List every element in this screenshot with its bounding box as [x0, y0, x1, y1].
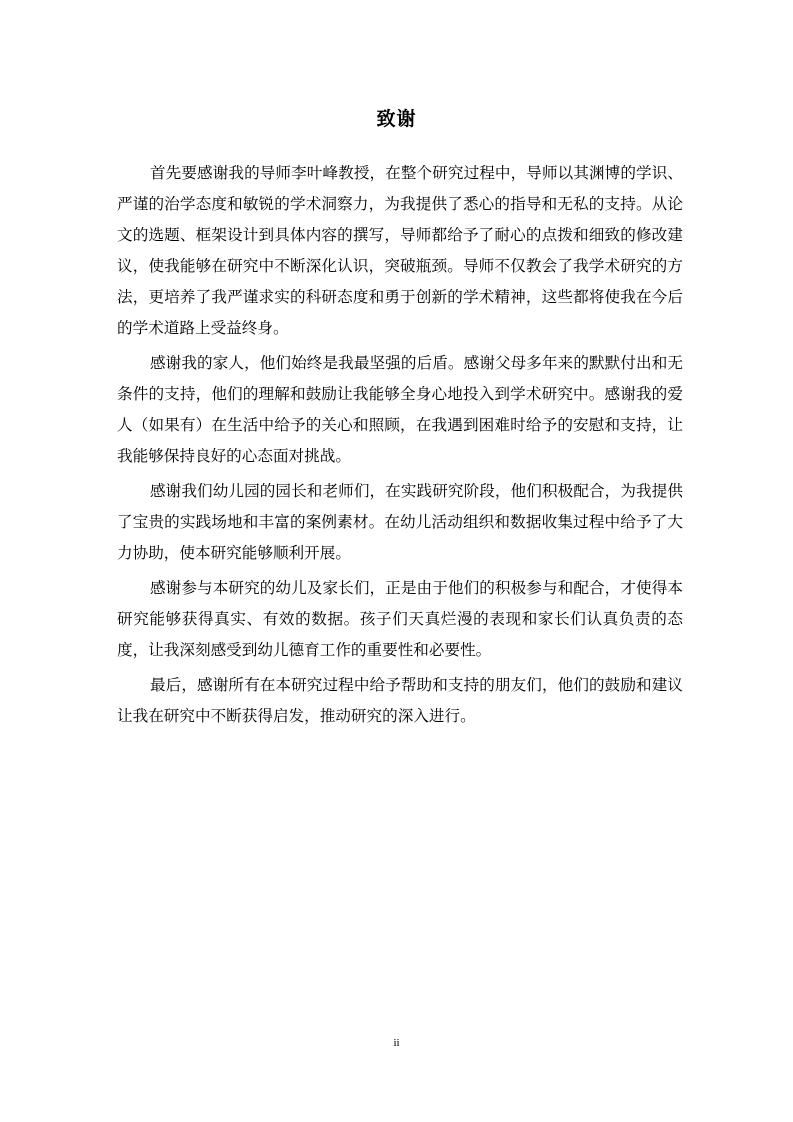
page-title: 致谢	[0, 104, 793, 131]
page-number: ii	[0, 1037, 793, 1049]
acknowledgements-body: 首先要感谢我的导师李叶峰教授，在整个研究过程中，导师以其渊博的学识、严谨的治学态…	[117, 158, 683, 732]
paragraph-kindergarten: 感谢我们幼儿园的园长和老师们，在实践研究阶段，他们积极配合，为我提供了宝贵的实践…	[117, 476, 683, 569]
paragraph-friends: 最后，感谢所有在本研究过程中给予帮助和支持的朋友们，他们的鼓励和建议让我在研究中…	[117, 670, 683, 732]
paragraph-family: 感谢我的家人，他们始终是我最坚强的后盾。感谢父母多年来的默默付出和无条件的支持，…	[117, 348, 683, 472]
paragraph-participants: 感谢参与本研究的幼儿及家长们，正是由于他们的积极参与和配合，才使得本研究能够获得…	[117, 573, 683, 666]
paragraph-advisor: 首先要感谢我的导师李叶峰教授，在整个研究过程中，导师以其渊博的学识、严谨的治学态…	[117, 158, 683, 344]
